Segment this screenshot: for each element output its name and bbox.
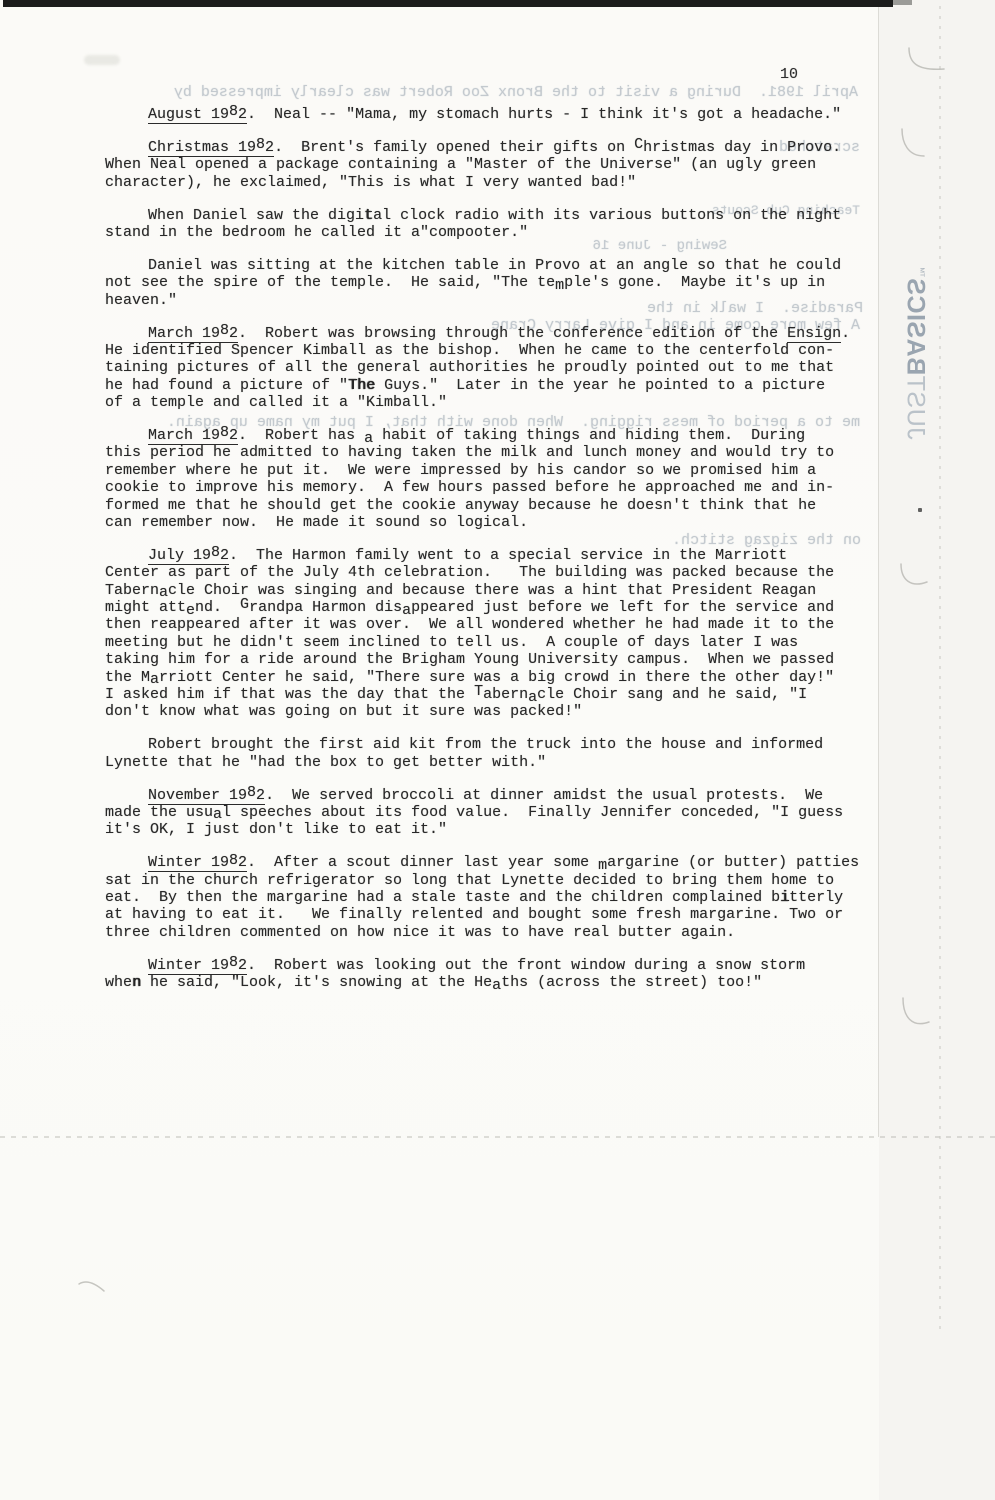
- text-line: Lynette that he "had the box to get bett…: [105, 754, 895, 771]
- perforation-line-horizontal: [0, 1136, 995, 1138]
- page-number: 10: [780, 66, 798, 83]
- typewritten-text-column: August 1982. Neal -- "Mama, my stomach h…: [105, 106, 895, 991]
- scanner-edge-bar: [3, 0, 893, 7]
- text-line: formed me that he should get the cookie …: [105, 497, 895, 514]
- paragraph: When Daniel saw the digital clock radio …: [105, 207, 895, 242]
- text-line: heaven.": [105, 292, 895, 309]
- paragraph: March 1982. Robert was browsing through …: [105, 325, 895, 412]
- text-line: might attend. Grandpa Harmon disappeared…: [105, 599, 895, 616]
- paper-smudge: [84, 55, 120, 65]
- text-line: eat. By then the margarine had a stale t…: [105, 889, 895, 906]
- paper-watermark: JUSTBASICS™: [901, 266, 930, 439]
- paper-edge-strip: [879, 0, 995, 1500]
- text-line: made the usual speeches about its food v…: [105, 804, 895, 821]
- paragraph: Daniel was sitting at the kitchen table …: [105, 257, 895, 309]
- paragraph: March 1982. Robert has a habit of taking…: [105, 427, 895, 531]
- text-line: August 1982. Neal -- "Mama, my stomach h…: [105, 106, 895, 123]
- text-line: cookie to improve his memory. A few hour…: [105, 479, 895, 496]
- text-line: taking him for a ride around the Brigham…: [105, 651, 895, 668]
- paper-curl-mark: [79, 1282, 104, 1291]
- text-line: at having to eat it. We finally relented…: [105, 906, 895, 923]
- text-line: three children commented on how nice it …: [105, 924, 895, 941]
- text-line: November 1982. We served broccoli at din…: [105, 787, 895, 804]
- scanner-edge-bar-end: [893, 0, 912, 5]
- watermark-bold-text: BASICS: [902, 278, 930, 375]
- text-line: remember where he put it. We were impres…: [105, 462, 895, 479]
- paragraph: Christmas 1982. Brent's family opened th…: [105, 139, 895, 191]
- text-line: this period he admitted to having taken …: [105, 444, 895, 461]
- ink-speck: [918, 508, 922, 512]
- text-line: not see the spire of the temple. He said…: [105, 274, 895, 291]
- paragraph: August 1982. Neal -- "Mama, my stomach h…: [105, 106, 895, 123]
- text-line: Christmas 1982. Brent's family opened th…: [105, 139, 895, 156]
- text-line: When Daniel saw the digital clock radio …: [105, 207, 895, 224]
- text-line: Robert brought the first aid kit from th…: [105, 736, 895, 753]
- text-line: the Marriott Center he said, "There sure…: [105, 669, 895, 686]
- text-line: March 1982. Robert has a habit of taking…: [105, 427, 895, 444]
- text-line: sat in the church refrigerator so long t…: [105, 872, 895, 889]
- paragraph: November 1982. We served broccoli at din…: [105, 787, 895, 839]
- text-line: Winter 1982. After a scout dinner last y…: [105, 854, 895, 871]
- text-line: taining pictures of all the general auth…: [105, 359, 895, 376]
- text-line: March 1982. Robert was browsing through …: [105, 325, 895, 342]
- scanned-page: April 1981. During a visit to the Bronx …: [0, 0, 995, 1500]
- text-line: When Neal opened a package containing a …: [105, 156, 895, 173]
- text-line: character), he exclaimed, "This is what …: [105, 174, 895, 191]
- text-line: he had found a picture of "The Guys." La…: [105, 377, 895, 394]
- paragraph: July 1982. The Harmon family went to a s…: [105, 547, 895, 721]
- text-line: can remember now. He made it sound so lo…: [105, 514, 895, 531]
- text-line: July 1982. The Harmon family went to a s…: [105, 547, 895, 564]
- text-line: Daniel was sitting at the kitchen table …: [105, 257, 895, 274]
- paragraph: Robert brought the first aid kit from th…: [105, 736, 895, 771]
- paragraph: Winter 1982. After a scout dinner last y…: [105, 854, 895, 941]
- text-line: Winter 1982. Robert was looking out the …: [105, 957, 895, 974]
- text-line: I asked him if that was the day that the…: [105, 686, 895, 703]
- text-line: don't know what was going on but it sure…: [105, 703, 895, 720]
- watermark-light-text: JUST: [902, 375, 930, 440]
- text-line: Tabernacle Choir was singing and because…: [105, 582, 895, 599]
- text-line: then reappeared after it was over. We al…: [105, 616, 895, 633]
- text-line: when he said, "Look, it's snowing at the…: [105, 974, 895, 991]
- bleed-through-text: April 1981. During a visit to the Bronx …: [78, 84, 858, 101]
- text-line: of a temple and called it a "Kimball.": [105, 394, 895, 411]
- trademark-symbol: ™: [914, 266, 926, 278]
- paragraph: Winter 1982. Robert was looking out the …: [105, 957, 895, 992]
- text-line: Center as part of the July 4th celebrati…: [105, 564, 895, 581]
- text-line: He identified Spencer Kimball as the bis…: [105, 342, 895, 359]
- text-line: it's OK, I just don't like to eat it.": [105, 821, 895, 838]
- text-line: stand in the bedroom he called it a"comp…: [105, 224, 895, 241]
- perforation-line-vertical: [939, 6, 941, 1336]
- text-line: meeting but he didn't seem inclined to t…: [105, 634, 895, 651]
